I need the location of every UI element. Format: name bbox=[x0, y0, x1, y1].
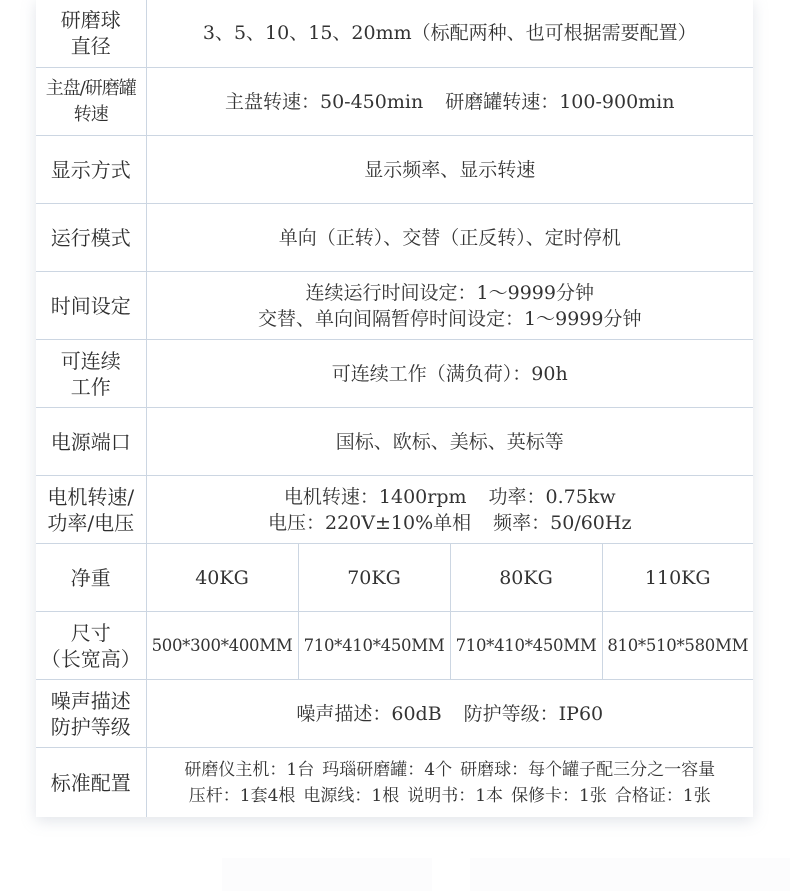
row-value-ball-diameter: 3、5、10、15、20mm（标配两种、也可根据需要配置） bbox=[146, 0, 753, 68]
weight-cell: 110KG bbox=[602, 544, 753, 612]
value-line: 噪声描述：60dB防护等级：IP60 bbox=[147, 701, 754, 727]
motor-frequency: 频率：50/60Hz bbox=[493, 512, 631, 534]
table-row: 电机转速/ 功率/电压 电机转速：1400rpm功率：0.75kw 电压：220… bbox=[36, 476, 753, 544]
value-line: 显示频率、显示转速 bbox=[147, 157, 754, 183]
table-row: 研磨球 直径 3、5、10、15、20mm（标配两种、也可根据需要配置） bbox=[36, 0, 753, 68]
label-line: 功率/电压 bbox=[36, 510, 146, 536]
motor-voltage: 电压：220V±10%单相 bbox=[268, 512, 471, 534]
motor-speed: 电机转速：1400rpm bbox=[284, 486, 467, 508]
value-line: 研磨仪主机：1台玛瑙研磨罐：4个研磨球：每个罐子配三分之一容量 bbox=[147, 757, 754, 783]
value-line: 主盘转速：50-450min研磨罐转速：100-900min bbox=[147, 89, 754, 115]
label-line: 主盘/研磨罐 bbox=[36, 76, 146, 102]
label-line: 时间设定 bbox=[36, 293, 146, 319]
row-label-motor: 电机转速/ 功率/电压 bbox=[36, 476, 146, 544]
protection-grade: 防护等级：IP60 bbox=[464, 703, 603, 725]
noise-level: 噪声描述：60dB bbox=[296, 703, 441, 725]
table-row: 标准配置 研磨仪主机：1台玛瑙研磨罐：4个研磨球：每个罐子配三分之一容量 压杆：… bbox=[36, 748, 753, 818]
label-line: 可连续 bbox=[36, 348, 146, 374]
row-label-running-mode: 运行模式 bbox=[36, 204, 146, 272]
label-line: 净重 bbox=[36, 565, 146, 591]
row-value-continuous-work: 可连续工作（满负荷）：90h bbox=[146, 340, 753, 408]
table-row: 噪声描述 防护等级 噪声描述：60dB防护等级：IP60 bbox=[36, 680, 753, 748]
label-line: 运行模式 bbox=[36, 225, 146, 251]
label-line: 噪声描述 bbox=[36, 688, 146, 714]
value-line: 可连续工作（满负荷）：90h bbox=[147, 361, 754, 387]
dimension-cell: 710*410*450MM bbox=[298, 612, 450, 680]
table-row: 净重 40KG 70KG 80KG 110KG bbox=[36, 544, 753, 612]
row-label-display-mode: 显示方式 bbox=[36, 136, 146, 204]
row-label-standard-config: 标准配置 bbox=[36, 748, 146, 818]
weight-cell: 80KG bbox=[450, 544, 602, 612]
spec-table-card: 研磨球 直径 3、5、10、15、20mm（标配两种、也可根据需要配置） 主盘/… bbox=[36, 0, 753, 817]
row-label-net-weight: 净重 bbox=[36, 544, 146, 612]
row-label-time-setting: 时间设定 bbox=[36, 272, 146, 340]
value-line: 单向（正转）、交替（正反转）、定时停机 bbox=[147, 225, 754, 251]
faint-background-block bbox=[470, 858, 790, 891]
weight-cell: 40KG bbox=[146, 544, 298, 612]
dimension-cell: 500*300*400MM bbox=[146, 612, 298, 680]
config-item: 合格证：1张 bbox=[615, 786, 711, 806]
row-value-power-port: 国标、欧标、美标、英标等 bbox=[146, 408, 753, 476]
spec-table: 研磨球 直径 3、5、10、15、20mm（标配两种、也可根据需要配置） 主盘/… bbox=[36, 0, 753, 817]
row-label-speed: 主盘/研磨罐 转速 bbox=[36, 68, 146, 136]
value-line: 交替、单向间隔暂停时间设定：1～9999分钟 bbox=[147, 306, 754, 332]
value-line: 3、5、10、15、20mm（标配两种、也可根据需要配置） bbox=[147, 20, 754, 46]
jar-speed: 研磨罐转速：100-900min bbox=[445, 91, 674, 113]
weight-cell: 70KG bbox=[298, 544, 450, 612]
table-row: 运行模式 单向（正转）、交替（正反转）、定时停机 bbox=[36, 204, 753, 272]
table-row: 时间设定 连续运行时间设定：1～9999分钟 交替、单向间隔暂停时间设定：1～9… bbox=[36, 272, 753, 340]
label-line: 研磨球 bbox=[36, 7, 146, 33]
row-label-noise-protection: 噪声描述 防护等级 bbox=[36, 680, 146, 748]
config-item: 研磨球：每个罐子配三分之一容量 bbox=[460, 760, 715, 780]
main-disc-speed: 主盘转速：50-450min bbox=[225, 91, 423, 113]
label-line: 转速 bbox=[36, 102, 146, 128]
row-value-display-mode: 显示频率、显示转速 bbox=[146, 136, 753, 204]
label-line: 显示方式 bbox=[36, 157, 146, 183]
row-label-ball-diameter: 研磨球 直径 bbox=[36, 0, 146, 68]
config-item: 说明书：1本 bbox=[407, 786, 503, 806]
value-line: 国标、欧标、美标、英标等 bbox=[147, 429, 754, 455]
motor-power: 功率：0.75kw bbox=[489, 486, 616, 508]
label-line: （长宽高） bbox=[36, 646, 146, 672]
label-line: 电源端口 bbox=[36, 429, 146, 455]
dimension-cell: 710*410*450MM bbox=[450, 612, 602, 680]
table-row: 主盘/研磨罐 转速 主盘转速：50-450min研磨罐转速：100-900min bbox=[36, 68, 753, 136]
row-value-motor: 电机转速：1400rpm功率：0.75kw 电压：220V±10%单相频率：50… bbox=[146, 476, 753, 544]
value-line: 压杆：1套4根电源线：1根说明书：1本保修卡：1张合格证：1张 bbox=[147, 783, 754, 809]
row-label-power-port: 电源端口 bbox=[36, 408, 146, 476]
row-value-noise-protection: 噪声描述：60dB防护等级：IP60 bbox=[146, 680, 753, 748]
row-value-speed: 主盘转速：50-450min研磨罐转速：100-900min bbox=[146, 68, 753, 136]
row-label-continuous-work: 可连续 工作 bbox=[36, 340, 146, 408]
config-item: 电源线：1根 bbox=[303, 786, 399, 806]
row-value-time-setting: 连续运行时间设定：1～9999分钟 交替、单向间隔暂停时间设定：1～9999分钟 bbox=[146, 272, 753, 340]
row-value-running-mode: 单向（正转）、交替（正反转）、定时停机 bbox=[146, 204, 753, 272]
label-line: 直径 bbox=[36, 33, 146, 59]
row-label-dimensions: 尺寸 （长宽高） bbox=[36, 612, 146, 680]
label-line: 尺寸 bbox=[36, 620, 146, 646]
config-item: 玛瑙研磨罐：4个 bbox=[322, 760, 452, 780]
dimension-cell: 810*510*580MM bbox=[602, 612, 753, 680]
table-row: 可连续 工作 可连续工作（满负荷）：90h bbox=[36, 340, 753, 408]
label-line: 防护等级 bbox=[36, 714, 146, 740]
label-line: 标准配置 bbox=[36, 770, 146, 796]
value-line: 电压：220V±10%单相频率：50/60Hz bbox=[147, 510, 754, 536]
row-value-standard-config: 研磨仪主机：1台玛瑙研磨罐：4个研磨球：每个罐子配三分之一容量 压杆：1套4根电… bbox=[146, 748, 753, 818]
table-row: 尺寸 （长宽高） 500*300*400MM 710*410*450MM 710… bbox=[36, 612, 753, 680]
config-item: 压杆：1套4根 bbox=[189, 786, 296, 806]
label-line: 工作 bbox=[36, 374, 146, 400]
table-row: 显示方式 显示频率、显示转速 bbox=[36, 136, 753, 204]
faint-background-block bbox=[222, 858, 432, 891]
label-line: 电机转速/ bbox=[36, 484, 146, 510]
value-line: 电机转速：1400rpm功率：0.75kw bbox=[147, 484, 754, 510]
config-item: 保修卡：1张 bbox=[511, 786, 607, 806]
value-line: 连续运行时间设定：1～9999分钟 bbox=[147, 280, 754, 306]
config-item: 研磨仪主机：1台 bbox=[184, 760, 314, 780]
table-row: 电源端口 国标、欧标、美标、英标等 bbox=[36, 408, 753, 476]
